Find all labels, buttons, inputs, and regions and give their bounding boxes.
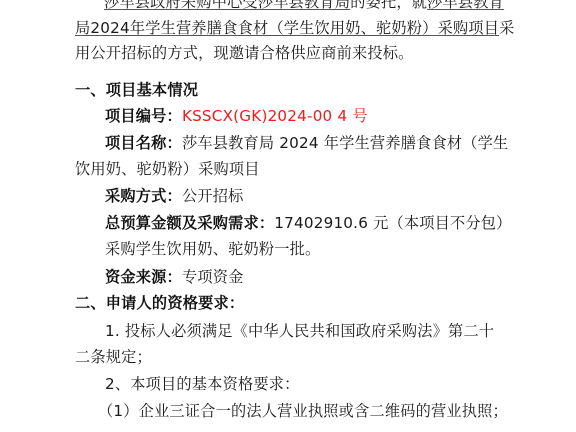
budget-value: 17402910.6 元（本项目不分包） (274, 214, 511, 232)
project-name-value: 莎车县教育局 2024 年学生营养膳食食材（学生 (182, 134, 508, 152)
project-number-label: 项目编号： (105, 107, 182, 125)
section-2-heading: 二、申请人的资格要求： (75, 293, 244, 313)
intro-line-1: 莎车县政府采购中心受莎车县教育局的委托，就莎车县教育 (104, 0, 504, 12)
intro-line-3: 用公开招标的方式，现邀请合格供应商前来投标。 (75, 43, 414, 63)
intro-underlined-client: 莎车县教育局 (258, 0, 350, 11)
project-number-row: 项目编号：KSSCX(GK)2024-00 4 号 (105, 106, 368, 126)
requirement-item-1-continued: 二条规定； (75, 347, 152, 367)
funding-source-value: 专项资金 (182, 268, 244, 286)
procurement-method-value: 公开招标 (182, 187, 244, 205)
project-name-label: 项目名称： (105, 134, 182, 152)
intro-underlined-client-2: 莎车县教育 (427, 0, 504, 11)
intro-plain-text: 的委托，就 (350, 0, 427, 11)
funding-source-row: 资金来源：专项资金 (105, 267, 244, 287)
procurement-method-row: 采购方式：公开招标 (105, 186, 244, 206)
requirement-item-1: 1. 投标人必须满足《中华人民共和国政府采购法》第二十 (105, 321, 494, 341)
budget-row: 总预算金额及采购需求：17402910.6 元（本项目不分包） (105, 213, 512, 233)
intro-underlined-agency: 莎车县政府采购中心受 (104, 0, 258, 11)
procurement-method-label: 采购方式： (105, 187, 182, 205)
project-name-row: 项目名称：莎车县教育局 2024 年学生营养膳食食材（学生 (105, 133, 508, 153)
project-name-continued: 饮用奶、驼奶粉）采购项目 (75, 159, 260, 179)
intro-line-2: 局2024年学生营养膳食食材（学生饮用奶、驼奶粉）采购项目采 (75, 18, 515, 38)
project-number-value: KSSCX(GK)2024-00 4 号 (182, 107, 368, 125)
requirement-item-2-1: （1）企业三证合一的法人营业执照或含二维码的营业执照； (98, 401, 508, 421)
budget-requirement: 采购学生饮用奶、驼奶粉一批。 (105, 239, 320, 259)
intro-plain-text: 采 (499, 19, 514, 37)
intro-underlined-project: 局2024年学生营养膳食食材（学生饮用奶、驼奶粉）采购项目 (75, 19, 499, 37)
funding-source-label: 资金来源： (105, 268, 182, 286)
budget-label: 总预算金额及采购需求： (105, 214, 274, 232)
requirement-item-2: 2、本项目的基本资格要求： (105, 374, 300, 394)
section-1-heading: 一、项目基本情况 (75, 80, 198, 100)
